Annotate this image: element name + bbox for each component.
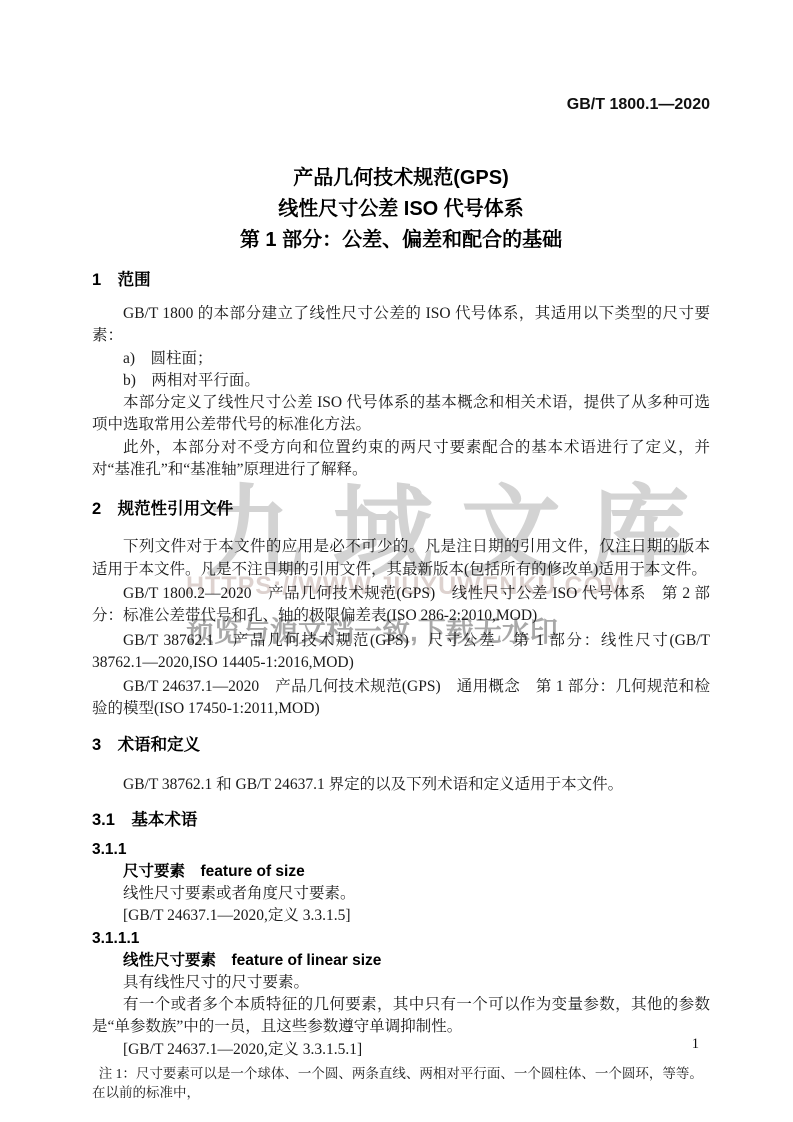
section-3-1-heading: 3.1 基本术语 <box>92 810 710 830</box>
page-number: 1 <box>692 1036 699 1053</box>
term-3-1-1-1-source: [GB/T 24637.1—2020,定义 3.3.1.5.1] <box>92 1039 710 1061</box>
term-3-1-1-number: 3.1.1 <box>92 839 710 861</box>
section-2-heading: 2 规范性引用文件 <box>92 499 710 519</box>
section-1-list-item-b: b) 两相对平行面。 <box>92 370 710 392</box>
term-3-1-1-title: 尺寸要素 feature of size <box>92 861 710 883</box>
section-1-paragraph-2: 本部分定义了线性尺寸公差 ISO 代号体系的基本概念和相关术语，提供了从多种可选… <box>92 392 710 437</box>
section-3-heading: 3 术语和定义 <box>92 735 710 755</box>
section-1-list-item-a: a) 圆柱面； <box>92 348 710 370</box>
standard-code-header: GB/T 1800.1—2020 <box>92 95 710 115</box>
section-2-paragraph-1: 下列文件对于本文件的应用是必不可少的。凡是注日期的引用文件，仅注日期的版本适用于… <box>92 536 710 581</box>
document-page: 九域文库 HTTPS://WWW.JIUYUWENKU.COM 预览与源文档一致… <box>0 0 793 1122</box>
title-line-1: 产品几何技术规范(GPS) <box>92 163 710 194</box>
section-2-reference-3: GB/T 24637.1—2020 产品几何技术规范(GPS) 通用概念 第 1… <box>92 676 710 721</box>
section-1-paragraph-3: 此外，本部分对不受方向和位置约束的两尺寸要素配合的基本术语进行了定义，并对“基准… <box>92 437 710 482</box>
title-line-2: 线性尺寸公差 ISO 代号体系 <box>92 194 710 225</box>
term-3-1-1-1-definition-2: 有一个或者多个本质特征的几何要素，其中只有一个可以作为变量参数，其他的参数是“单… <box>92 994 710 1039</box>
term-3-1-1-1-number: 3.1.1.1 <box>92 928 710 950</box>
title-line-3: 第 1 部分：公差、偏差和配合的基础 <box>92 225 710 256</box>
term-3-1-1-1-note-1: 注 1：尺寸要素可以是一个球体、一个圆、两条直线、两相对平行面、一个圆柱体、一个… <box>92 1064 710 1102</box>
section-2-reference-2: GB/T 38762.1 产品几何技术规范(GPS) 尺寸公差 第 1 部分：线… <box>92 630 710 675</box>
document-title: 产品几何技术规范(GPS) 线性尺寸公差 ISO 代号体系 第 1 部分：公差、… <box>92 163 710 256</box>
section-3-paragraph-1: GB/T 38762.1 和 GB/T 24637.1 界定的以及下列术语和定义… <box>92 774 710 796</box>
term-3-1-1-definition: 线性尺寸要素或者角度尺寸要素。 <box>92 883 710 905</box>
page-content: GB/T 1800.1—2020 产品几何技术规范(GPS) 线性尺寸公差 IS… <box>0 0 793 1102</box>
term-3-1-1-source: [GB/T 24637.1—2020,定义 3.3.1.5] <box>92 905 710 927</box>
section-2-reference-1: GB/T 1800.2—2020 产品几何技术规范(GPS) 线性尺寸公差 IS… <box>92 583 710 628</box>
term-3-1-1-1-definition-1: 具有线性尺寸的尺寸要素。 <box>92 972 710 994</box>
term-3-1-1-1-title: 线性尺寸要素 feature of linear size <box>92 950 710 972</box>
section-1-paragraph-1: GB/T 1800 的本部分建立了线性尺寸公差的 ISO 代号体系，其适用以下类… <box>92 303 710 348</box>
section-1-heading: 1 范围 <box>92 270 710 290</box>
